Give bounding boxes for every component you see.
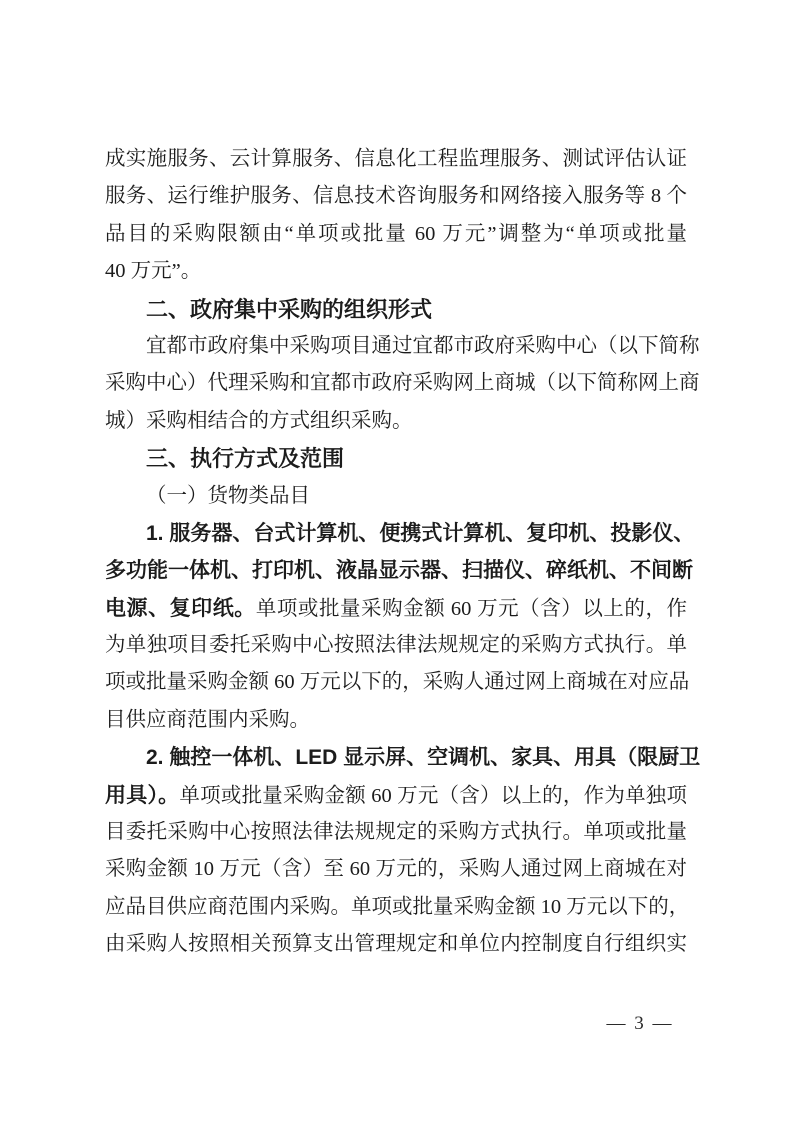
text-line: 电源、复印纸。单项或批量采购金额 60 万元（含）以上的，作	[105, 590, 687, 627]
text-segment: 二、政府集中采购的组织形式	[146, 297, 432, 322]
text-segment: 采购中心）代理采购和宜都市政府采购网上商城（以下简称网上商	[105, 372, 700, 394]
text-line: 城）采购相结合的方式组织采购。	[105, 403, 687, 440]
document-page: 成实施服务、云计算服务、信息化工程监理服务、测试评估认证服务、运行维护服务、信息…	[0, 0, 793, 1122]
text-line: 1. 服务器、台式计算机、便携式计算机、复印机、投影仪、	[105, 515, 687, 552]
section-heading: 三、执行方式及范围	[105, 440, 687, 477]
text-segment: 由采购人按照相关预算支出管理规定和单位内控制度自行组织实	[105, 933, 687, 955]
section-heading: 二、政府集中采购的组织形式	[105, 291, 687, 328]
text-line: 40 万元”。	[105, 253, 687, 290]
text-segment: 1. 服务器、台式计算机、便携式计算机、复印机、投影仪、	[146, 522, 694, 545]
text-segment: 宜都市政府集中采购项目通过宜都市政府采购中心（以下简称	[146, 335, 700, 357]
text-segment: 目供应商范围内采购。	[105, 709, 310, 731]
text-line: 采购金额 10 万元（含）至 60 万元的，采购人通过网上商城在对	[105, 851, 687, 888]
text-segment: 城）采购相结合的方式组织采购。	[105, 410, 413, 432]
text-line: 服务、运行维护服务、信息技术咨询服务和网络接入服务等 8 个	[105, 178, 687, 215]
text-segment: 成实施服务、云计算服务、信息化工程监理服务、测试评估认证	[105, 148, 687, 170]
text-line: 采购中心）代理采购和宜都市政府采购网上商城（以下简称网上商	[105, 365, 687, 402]
text-segment: 多功能一体机、打印机、液晶显示器、扫描仪、碎纸机、不间断	[105, 559, 693, 582]
text-segment: 电源、复印纸。	[105, 597, 256, 620]
text-segment: 三、执行方式及范围	[146, 446, 344, 471]
text-segment: 2. 触控一体机、LED 显示屏、空调机、家具、用具（限厨卫	[146, 746, 700, 769]
text-line: 目委托采购中心按照法律法规规定的采购方式执行。单项或批量	[105, 814, 687, 851]
text-segment: 单项或批量采购金额 60 万元（含）以上的，作为单独项	[179, 785, 687, 807]
text-segment: 采购金额 10 万元（含）至 60 万元的，采购人通过网上商城在对	[105, 858, 687, 880]
text-line: 品目的采购限额由“单项或批量 60 万元”调整为“单项或批量	[105, 216, 687, 253]
text-segment: 品目的采购限额由“单项或批量 60 万元”调整为“单项或批量	[105, 223, 687, 245]
text-line: 目供应商范围内采购。	[105, 702, 687, 739]
subsection-heading: （一）货物类品目	[105, 478, 687, 515]
text-line: 成实施服务、云计算服务、信息化工程监理服务、测试评估认证	[105, 141, 687, 178]
text-segment: 单项或批量采购金额 60 万元（含）以上的，作	[256, 598, 687, 620]
text-segment: 应品目供应商范围内采购。单项或批量采购金额 10 万元以下的，	[105, 896, 689, 918]
text-segment: 服务、运行维护服务、信息技术咨询服务和网络接入服务等 8 个	[105, 185, 687, 207]
text-segment: 用具）。	[105, 784, 179, 807]
text-segment: 目委托采购中心按照法律法规规定的采购方式执行。单项或批量	[105, 821, 687, 843]
text-line: 为单独项目委托采购中心按照法律法规规定的采购方式执行。单	[105, 627, 687, 664]
page-number: — 3 —	[560, 1013, 720, 1035]
text-line: 项或批量采购金额 60 万元以下的，采购人通过网上商城在对应品	[105, 664, 687, 701]
text-line: 由采购人按照相关预算支出管理规定和单位内控制度自行组织实	[105, 926, 687, 963]
text-segment: 项或批量采购金额 60 万元以下的，采购人通过网上商城在对应品	[105, 671, 689, 693]
text-line: 2. 触控一体机、LED 显示屏、空调机、家具、用具（限厨卫	[105, 739, 687, 776]
text-segment: （一）货物类品目	[146, 485, 310, 507]
text-segment: 为单独项目委托采购中心按照法律法规规定的采购方式执行。单	[105, 634, 687, 656]
text-line: 用具）。单项或批量采购金额 60 万元（含）以上的，作为单独项	[105, 777, 687, 814]
text-line: 多功能一体机、打印机、液晶显示器、扫描仪、碎纸机、不间断	[105, 552, 687, 589]
text-segment: 40 万元”。	[105, 260, 201, 282]
text-line: 宜都市政府集中采购项目通过宜都市政府采购中心（以下简称	[105, 328, 687, 365]
text-line: 应品目供应商范围内采购。单项或批量采购金额 10 万元以下的，	[105, 889, 687, 926]
text-block: 成实施服务、云计算服务、信息化工程监理服务、测试评估认证服务、运行维护服务、信息…	[105, 141, 687, 964]
